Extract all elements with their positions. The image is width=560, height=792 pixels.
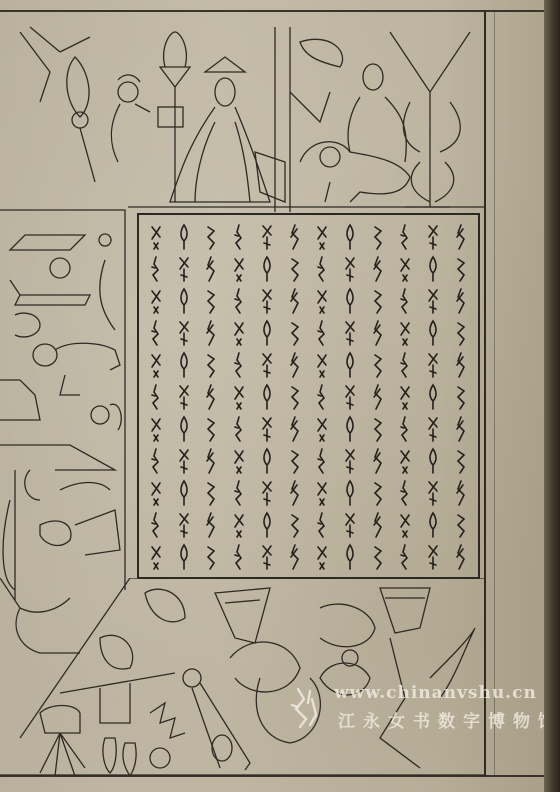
nushu-glyph — [371, 479, 385, 507]
text-column — [367, 223, 389, 571]
nushu-glyph — [204, 447, 218, 475]
nushu-glyph — [232, 351, 246, 379]
nushu-glyph — [177, 511, 191, 539]
nushu-glyph — [426, 287, 440, 315]
nushu-glyph — [371, 511, 385, 539]
nushu-glyph — [288, 383, 302, 411]
nushu-glyph — [398, 319, 412, 347]
nushu-glyph — [204, 543, 218, 571]
nushu-glyph — [371, 223, 385, 251]
nushu-glyph — [260, 287, 274, 315]
nushu-glyph — [232, 479, 246, 507]
nushu-glyph — [315, 351, 329, 379]
nushu-glyph — [260, 447, 274, 475]
nushu-glyph — [426, 447, 440, 475]
nushu-glyph — [426, 383, 440, 411]
nushu-glyph — [315, 447, 329, 475]
bottom-border-illustration — [0, 578, 484, 776]
nushu-glyph — [149, 351, 163, 379]
nushu-glyph — [371, 447, 385, 475]
nushu-glyph — [426, 543, 440, 571]
nushu-glyph — [343, 447, 357, 475]
nushu-glyph — [398, 511, 412, 539]
text-column — [284, 223, 306, 571]
nushu-glyph — [149, 383, 163, 411]
nushu-glyph — [288, 447, 302, 475]
nushu-glyph — [426, 415, 440, 443]
nushu-glyph — [315, 383, 329, 411]
nushu-glyph — [288, 223, 302, 251]
nushu-glyph — [260, 511, 274, 539]
nushu-glyph — [426, 511, 440, 539]
nushu-glyph — [149, 447, 163, 475]
left-border-illustration — [0, 180, 137, 600]
nushu-glyph — [232, 543, 246, 571]
nushu-glyph — [204, 479, 218, 507]
nushu-glyph — [315, 543, 329, 571]
text-column — [228, 223, 250, 571]
nushu-glyph — [204, 351, 218, 379]
nushu-glyph — [454, 383, 468, 411]
nushu-logo-icon — [290, 685, 320, 729]
nushu-glyph — [343, 415, 357, 443]
nushu-glyph — [177, 351, 191, 379]
nushu-glyph — [149, 287, 163, 315]
nushu-glyph — [454, 511, 468, 539]
nushu-glyph — [177, 479, 191, 507]
nushu-glyph — [315, 287, 329, 315]
nushu-glyph — [288, 543, 302, 571]
nushu-glyph — [232, 415, 246, 443]
nushu-glyph — [343, 511, 357, 539]
nushu-glyph — [398, 255, 412, 283]
nushu-glyph — [315, 511, 329, 539]
nushu-glyph — [371, 255, 385, 283]
nushu-glyph — [398, 479, 412, 507]
nushu-glyph — [149, 511, 163, 539]
nushu-glyph — [343, 319, 357, 347]
nushu-glyph — [454, 447, 468, 475]
nushu-glyph — [454, 415, 468, 443]
nushu-glyph — [149, 255, 163, 283]
nushu-glyph — [343, 287, 357, 315]
nushu-glyph — [177, 255, 191, 283]
nushu-glyph — [371, 351, 385, 379]
nushu-glyph — [454, 223, 468, 251]
book-spine-edge — [544, 0, 560, 792]
nushu-glyph — [177, 383, 191, 411]
nushu-text-panel — [137, 213, 480, 579]
nushu-glyph — [177, 415, 191, 443]
nushu-glyph — [288, 479, 302, 507]
nushu-glyph — [371, 383, 385, 411]
frame-right-line — [484, 10, 486, 777]
nushu-glyph — [426, 319, 440, 347]
nushu-glyph — [454, 319, 468, 347]
nushu-glyph — [232, 223, 246, 251]
nushu-glyph — [454, 351, 468, 379]
nushu-glyph — [343, 351, 357, 379]
nushu-glyph — [149, 479, 163, 507]
nushu-glyph — [398, 287, 412, 315]
nushu-glyph — [260, 319, 274, 347]
text-column — [422, 223, 444, 571]
nushu-glyph — [288, 255, 302, 283]
nushu-glyph — [371, 543, 385, 571]
nushu-glyph — [149, 543, 163, 571]
nushu-glyph — [288, 287, 302, 315]
nushu-glyph — [260, 255, 274, 283]
nushu-glyph — [426, 255, 440, 283]
nushu-glyph — [343, 223, 357, 251]
nushu-glyph — [315, 479, 329, 507]
nushu-glyph — [288, 511, 302, 539]
nushu-glyph — [398, 447, 412, 475]
nushu-glyph — [260, 479, 274, 507]
nushu-glyph — [260, 351, 274, 379]
text-column — [450, 223, 472, 571]
nushu-glyph — [204, 287, 218, 315]
nushu-glyph — [426, 351, 440, 379]
nushu-glyph — [398, 223, 412, 251]
nushu-glyph — [204, 415, 218, 443]
nushu-glyph — [204, 511, 218, 539]
nushu-glyph — [315, 415, 329, 443]
nushu-glyph — [260, 223, 274, 251]
nushu-glyph — [177, 447, 191, 475]
nushu-glyph — [149, 319, 163, 347]
manuscript-page: www.chinanvshu.cn 江永女书数字博物馆 — [0, 0, 548, 792]
nushu-glyph — [454, 287, 468, 315]
watermark-url: www.chinanvshu.cn — [334, 683, 537, 703]
nushu-glyph — [204, 255, 218, 283]
nushu-glyph — [177, 319, 191, 347]
nushu-glyph — [398, 383, 412, 411]
nushu-glyph — [315, 255, 329, 283]
text-column — [394, 223, 416, 571]
text-columns — [145, 223, 472, 571]
nushu-glyph — [260, 383, 274, 411]
nushu-glyph — [288, 319, 302, 347]
nushu-glyph — [149, 415, 163, 443]
nushu-glyph — [398, 543, 412, 571]
nushu-glyph — [177, 223, 191, 251]
nushu-glyph — [149, 223, 163, 251]
text-column — [173, 223, 195, 571]
nushu-glyph — [204, 319, 218, 347]
watermark-museum-name: 江永女书数字博物馆 — [338, 707, 560, 732]
text-column — [256, 223, 278, 571]
nushu-glyph — [454, 479, 468, 507]
nushu-glyph — [232, 287, 246, 315]
nushu-glyph — [371, 415, 385, 443]
nushu-glyph — [454, 255, 468, 283]
nushu-glyph — [177, 543, 191, 571]
nushu-glyph — [315, 223, 329, 251]
nushu-glyph — [343, 383, 357, 411]
nushu-glyph — [343, 479, 357, 507]
nushu-glyph — [343, 255, 357, 283]
nushu-glyph — [315, 319, 329, 347]
nushu-glyph — [177, 287, 191, 315]
nushu-glyph — [232, 255, 246, 283]
nushu-glyph — [426, 223, 440, 251]
nushu-glyph — [232, 447, 246, 475]
text-column — [311, 223, 333, 571]
nushu-glyph — [426, 479, 440, 507]
nushu-glyph — [398, 351, 412, 379]
text-column — [200, 223, 222, 571]
nushu-glyph — [371, 287, 385, 315]
nushu-glyph — [260, 415, 274, 443]
margin-rule — [494, 12, 495, 775]
nushu-glyph — [260, 543, 274, 571]
nushu-glyph — [232, 383, 246, 411]
nushu-glyph — [232, 319, 246, 347]
nushu-glyph — [232, 511, 246, 539]
nushu-glyph — [288, 351, 302, 379]
text-column — [145, 223, 167, 571]
nushu-glyph — [371, 319, 385, 347]
nushu-glyph — [204, 383, 218, 411]
museum-watermark: www.chinanvshu.cn 江永女书数字博物馆 — [290, 683, 560, 733]
nushu-glyph — [288, 415, 302, 443]
nushu-glyph — [454, 543, 468, 571]
nushu-glyph — [398, 415, 412, 443]
nushu-glyph — [204, 223, 218, 251]
nushu-glyph — [343, 543, 357, 571]
text-column — [339, 223, 361, 571]
